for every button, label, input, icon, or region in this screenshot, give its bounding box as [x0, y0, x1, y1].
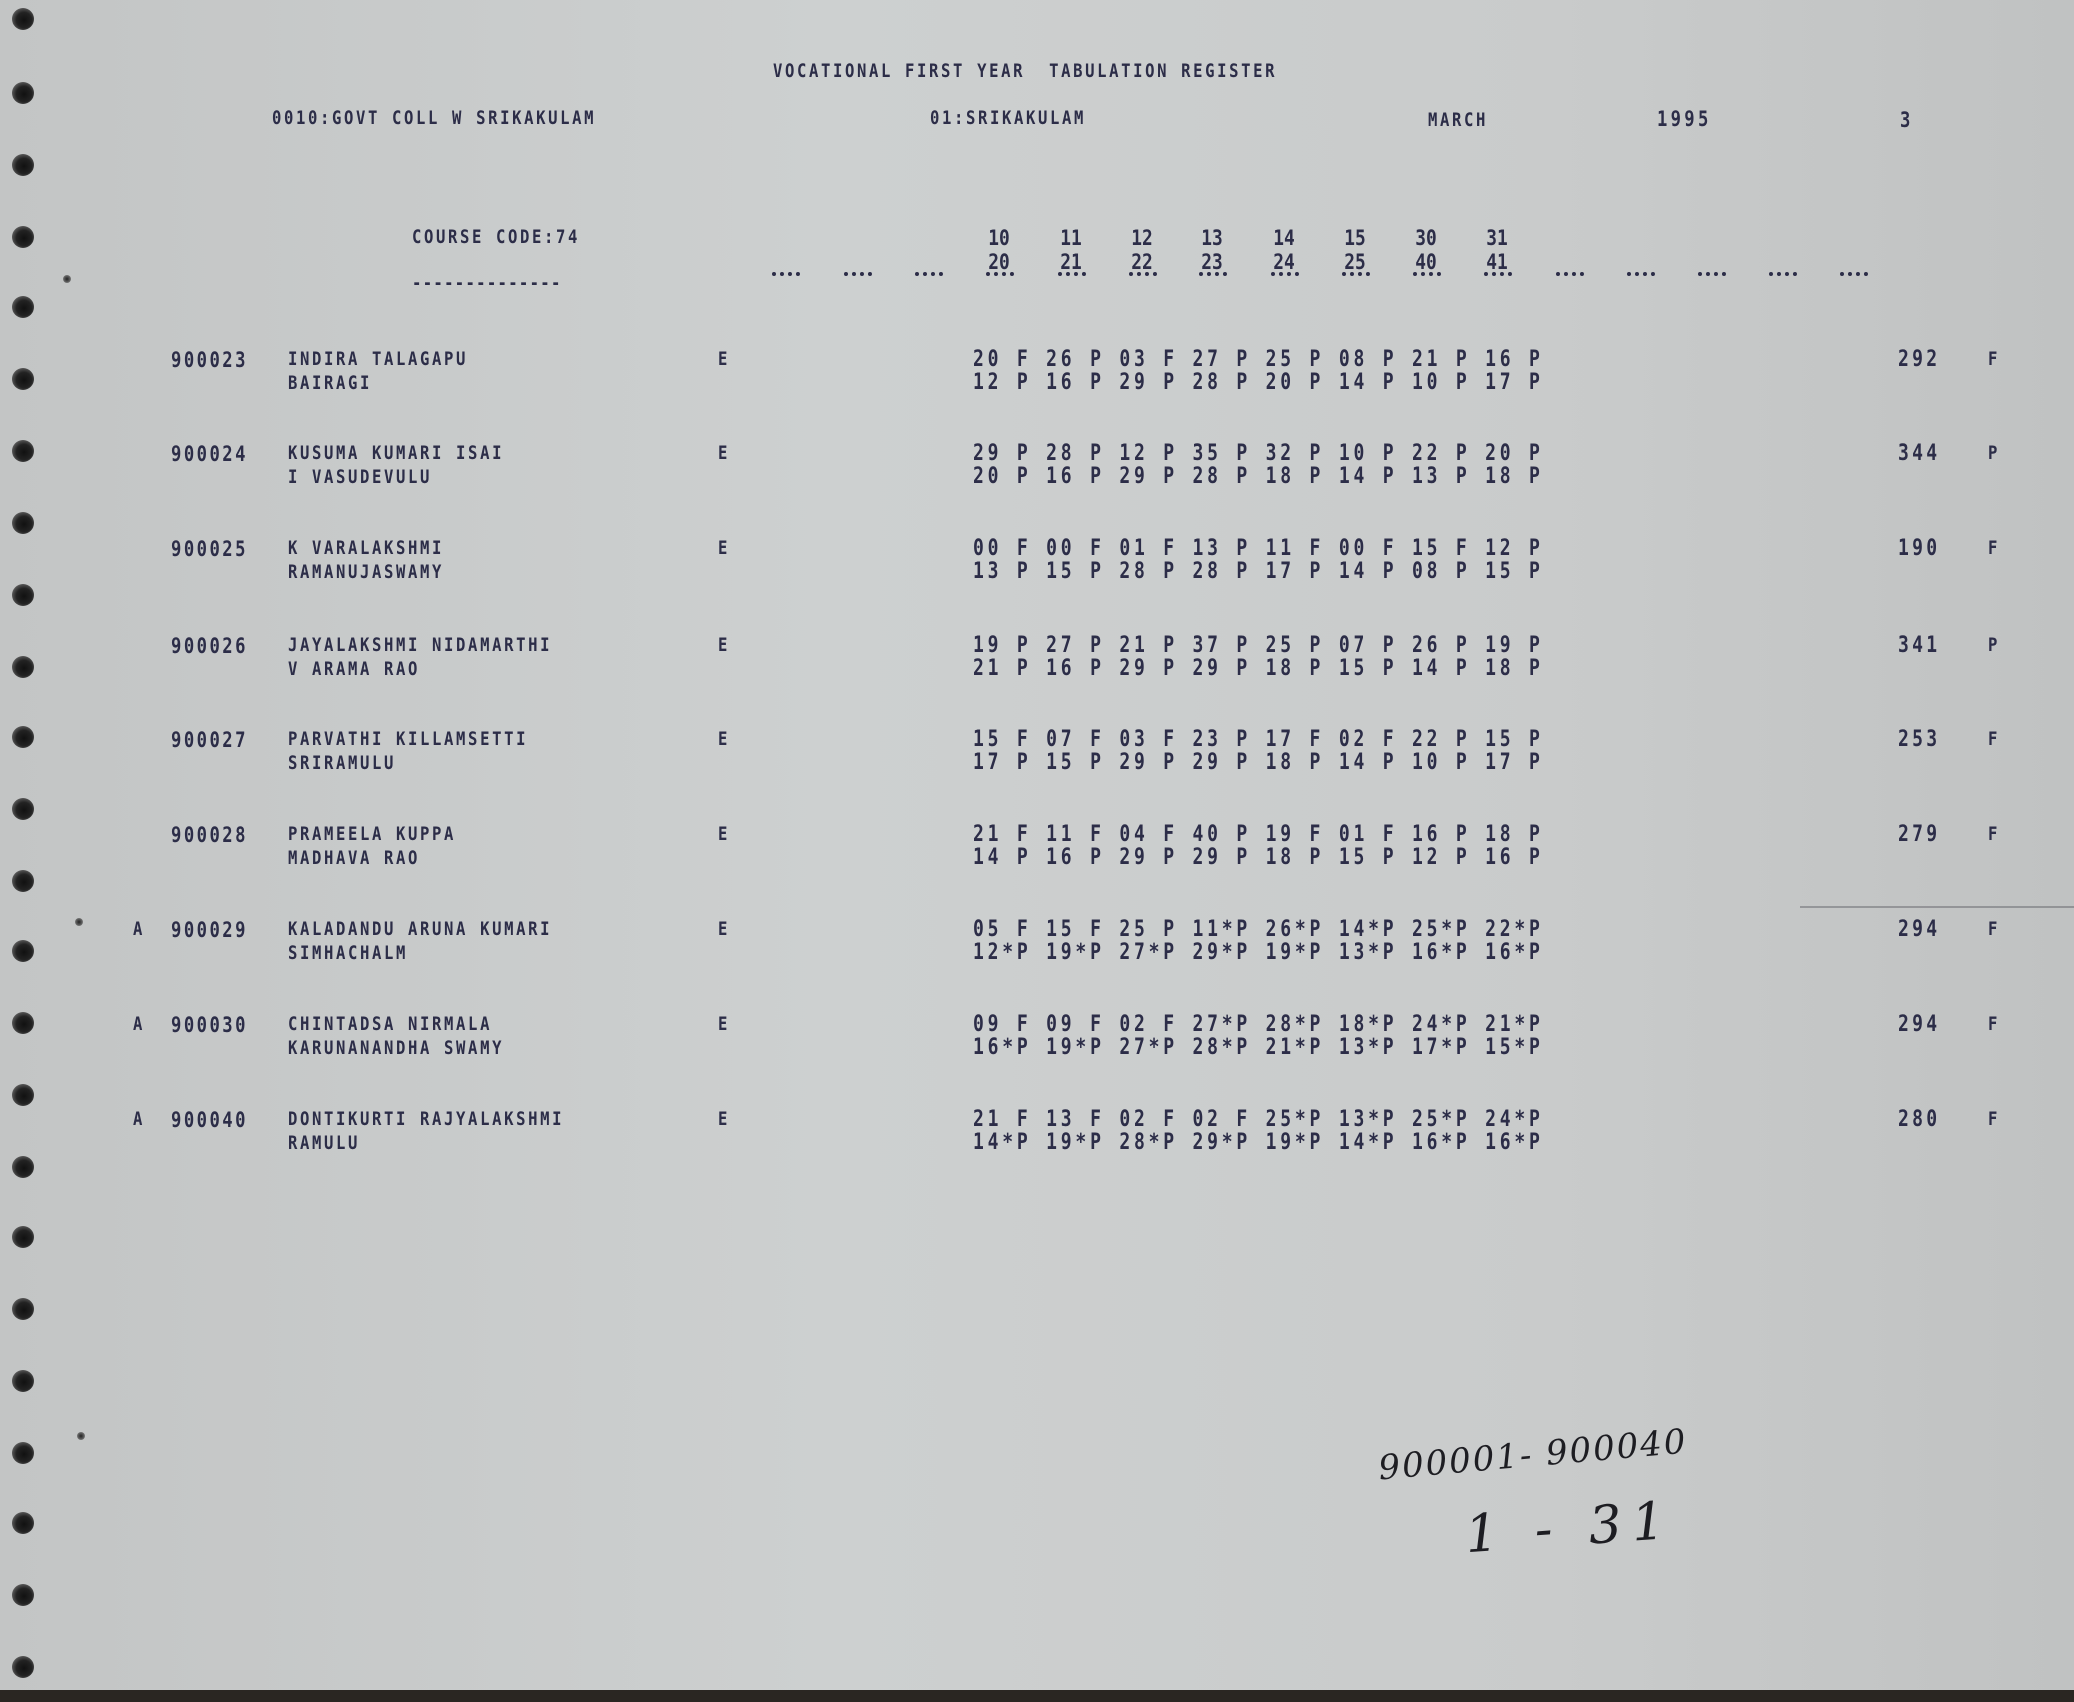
roll-number: 900030	[171, 1013, 248, 1037]
subject-code: 30	[1407, 226, 1444, 250]
result: F	[1988, 1108, 2000, 1130]
paper-speck	[63, 275, 71, 283]
punch-hole-icon	[12, 1442, 34, 1464]
exam-month: MARCH	[1428, 109, 1488, 131]
punch-hole-icon	[12, 226, 34, 248]
subject-code: 31	[1478, 226, 1515, 250]
marks-part2: 13 P 15 P 28 P 28 P 17 P 14 P 08 P 15 P	[973, 559, 1544, 584]
roll-number: 900029	[171, 918, 248, 942]
total-marks: 292	[1898, 347, 1940, 372]
marks-part2: 14 P 16 P 29 P 29 P 18 P 15 P 12 P 16 P	[973, 845, 1544, 870]
punch-hole-icon	[12, 296, 34, 318]
roll-number: 900024	[171, 442, 248, 466]
total-marks: 280	[1898, 1107, 1940, 1132]
medium: E	[718, 537, 730, 559]
marks-part1: 09 F 09 F 02 F 27*P 28*P 18*P 24*P 21*P	[973, 1012, 1544, 1037]
student-name: CHINTADSA NIRMALA	[288, 1013, 492, 1035]
medium: E	[718, 728, 730, 750]
punch-hole-icon	[12, 1584, 34, 1606]
subject-code: 12	[1123, 226, 1160, 250]
marks-part2: 14*P 19*P 28*P 29*P 19*P 14*P 16*P 16*P	[973, 1130, 1544, 1155]
subject-code: 20	[980, 250, 1017, 274]
course-code: COURSE CODE:74	[412, 226, 580, 248]
student-record: A 900029 KALADANDU ARUNA KUMARI SIMHACHA…	[0, 918, 2074, 978]
column-dash	[844, 272, 872, 280]
marks-part2: 12 P 16 P 29 P 28 P 20 P 14 P 10 P 17 P	[973, 370, 1544, 395]
punch-hole-icon	[12, 1370, 34, 1392]
column-dash	[1556, 272, 1584, 280]
handwritten-roll-range: 900001- 900040	[1377, 1422, 1689, 1489]
column-dash	[1840, 272, 1868, 280]
punch-hole-icon	[12, 1084, 34, 1106]
punch-hole-icon	[12, 82, 34, 104]
page-number: 3	[1900, 108, 1913, 132]
medium: E	[718, 634, 730, 656]
student-name: KUSUMA KUMARI ISAI	[288, 442, 504, 464]
marks-part2: 17 P 15 P 29 P 29 P 18 P 14 P 10 P 17 P	[973, 750, 1544, 775]
student-record: 900026 JAYALAKSHMI NIDAMARTHI V ARAMA RA…	[0, 634, 2074, 694]
total-marks: 344	[1898, 441, 1940, 466]
father-name: RAMANUJASWAMY	[288, 561, 444, 583]
roll-number: 900027	[171, 728, 248, 752]
column-dash	[1698, 272, 1726, 280]
subject-code: 23	[1193, 250, 1230, 274]
subject-code: 10	[980, 226, 1017, 250]
punch-hole-icon	[12, 1298, 34, 1320]
subject-code: 21	[1052, 250, 1089, 274]
punch-hole-icon	[12, 1656, 34, 1678]
marks-part1: 15 F 07 F 03 F 23 P 17 F 02 F 22 P 15 P	[973, 727, 1544, 752]
column-dash	[1484, 272, 1512, 280]
subject-code: 22	[1123, 250, 1160, 274]
student-record: 900023 INDIRA TALAGAPU BAIRAGI E 20 F 26…	[0, 348, 2074, 408]
marks-part1: 21 F 11 F 04 F 40 P 19 F 01 F 16 P 18 P	[973, 822, 1544, 847]
roll-number: 900040	[171, 1108, 248, 1132]
student-name: INDIRA TALAGAPU	[288, 348, 468, 370]
student-flag: A	[133, 1108, 145, 1130]
column-dash	[1413, 272, 1441, 280]
total-marks: 294	[1898, 917, 1940, 942]
result: F	[1988, 918, 2000, 940]
student-record: 900028 PRAMEELA KUPPA MADHAVA RAO E 21 F…	[0, 823, 2074, 883]
column-dash	[1342, 272, 1370, 280]
column-dash	[1129, 272, 1157, 280]
result: P	[1988, 634, 2000, 656]
column-dash	[1058, 272, 1086, 280]
student-record: 900025 K VARALAKSHMI RAMANUJASWAMY E 00 …	[0, 537, 2074, 597]
marks-part1: 05 F 15 F 25 P 11*P 26*P 14*P 25*P 22*P	[973, 917, 1544, 942]
marks-part2: 16*P 19*P 27*P 28*P 21*P 13*P 17*P 15*P	[973, 1035, 1544, 1060]
medium: E	[718, 442, 730, 464]
column-dash	[915, 272, 943, 280]
father-name: V ARAMA RAO	[288, 658, 420, 680]
scan-background-edge	[0, 1690, 2074, 1702]
total-marks: 294	[1898, 1012, 1940, 1037]
marks-part1: 20 F 26 P 03 F 27 P 25 P 08 P 21 P 16 P	[973, 347, 1544, 372]
paper-speck	[77, 1432, 85, 1440]
father-name: SIMHACHALM	[288, 942, 408, 964]
father-name: KARUNANANDHA SWAMY	[288, 1037, 504, 1059]
subject-code: 40	[1407, 250, 1444, 274]
column-dash	[1627, 272, 1655, 280]
result: F	[1988, 537, 2000, 559]
report-title: VOCATIONAL FIRST YEAR TABULATION REGISTE…	[773, 60, 1277, 82]
student-record: 900024 KUSUMA KUMARI ISAI I VASUDEVULU E…	[0, 442, 2074, 502]
roll-number: 900026	[171, 634, 248, 658]
punch-hole-icon	[12, 1512, 34, 1534]
subject-code: 25	[1336, 250, 1373, 274]
marks-part1: 29 P 28 P 12 P 35 P 32 P 10 P 22 P 20 P	[973, 441, 1544, 466]
student-name: JAYALAKSHMI NIDAMARTHI	[288, 634, 552, 656]
exam-year: 1995	[1657, 107, 1712, 131]
result: P	[1988, 442, 2000, 464]
medium: E	[718, 1013, 730, 1035]
marks-part2: 20 P 16 P 29 P 28 P 18 P 14 P 13 P 18 P	[973, 464, 1544, 489]
column-dash	[986, 272, 1014, 280]
column-dash	[1271, 272, 1299, 280]
handwritten-page-range: 1 - 31	[1463, 1491, 1677, 1565]
roll-number: 900028	[171, 823, 248, 847]
total-marks: 190	[1898, 536, 1940, 561]
subject-code: 15	[1336, 226, 1373, 250]
father-name: SRIRAMULU	[288, 752, 396, 774]
father-name: BAIRAGI	[288, 372, 372, 394]
student-flag: A	[133, 1013, 145, 1035]
father-name: RAMULU	[288, 1132, 360, 1154]
student-name: PARVATHI KILLAMSETTI	[288, 728, 528, 750]
medium: E	[718, 1108, 730, 1130]
total-marks: 279	[1898, 822, 1940, 847]
punch-hole-icon	[12, 512, 34, 534]
marks-part2: 21 P 16 P 29 P 29 P 18 P 15 P 14 P 18 P	[973, 656, 1544, 681]
student-name: K VARALAKSHMI	[288, 537, 444, 559]
subject-code: 11	[1052, 226, 1089, 250]
student-record: A 900040 DONTIKURTI RAJYALAKSHMI RAMULU …	[0, 1108, 2074, 1168]
subject-code: 13	[1193, 226, 1230, 250]
student-name: PRAMEELA KUPPA	[288, 823, 456, 845]
faint-rule-line	[1800, 906, 2074, 908]
column-dash	[772, 272, 800, 280]
district-name: 01:SRIKAKULAM	[930, 107, 1086, 129]
marks-part1: 00 F 00 F 01 F 13 P 11 F 00 F 15 F 12 P	[973, 536, 1544, 561]
student-name: DONTIKURTI RAJYALAKSHMI	[288, 1108, 564, 1130]
medium: E	[718, 823, 730, 845]
subject-code: 14	[1265, 226, 1302, 250]
result: F	[1988, 348, 2000, 370]
student-record: 900027 PARVATHI KILLAMSETTI SRIRAMULU E …	[0, 728, 2074, 788]
total-marks: 253	[1898, 727, 1940, 752]
course-code-underline: --------------	[412, 272, 562, 294]
result: F	[1988, 728, 2000, 750]
tabulation-register-page: VOCATIONAL FIRST YEAR TABULATION REGISTE…	[0, 0, 2074, 1690]
marks-part1: 21 F 13 F 02 F 02 F 25*P 13*P 25*P 24*P	[973, 1107, 1544, 1132]
total-marks: 341	[1898, 633, 1940, 658]
father-name: MADHAVA RAO	[288, 847, 420, 869]
result: F	[1988, 823, 2000, 845]
punch-hole-icon	[12, 1226, 34, 1248]
result: F	[1988, 1013, 2000, 1035]
column-dash	[1199, 272, 1227, 280]
medium: E	[718, 918, 730, 940]
marks-part2: 12*P 19*P 27*P 29*P 19*P 13*P 16*P 16*P	[973, 940, 1544, 965]
subject-code: 41	[1478, 250, 1515, 274]
student-record: A 900030 CHINTADSA NIRMALA KARUNANANDHA …	[0, 1013, 2074, 1073]
subject-code: 24	[1265, 250, 1302, 274]
college-name: 0010:GOVT COLL W SRIKAKULAM	[272, 107, 596, 129]
medium: E	[718, 348, 730, 370]
punch-hole-icon	[12, 154, 34, 176]
roll-number: 900023	[171, 348, 248, 372]
father-name: I VASUDEVULU	[288, 466, 432, 488]
column-dash	[1769, 272, 1797, 280]
punch-hole-icon	[12, 798, 34, 820]
marks-part1: 19 P 27 P 21 P 37 P 25 P 07 P 26 P 19 P	[973, 633, 1544, 658]
punch-hole-icon	[12, 8, 34, 30]
student-flag: A	[133, 918, 145, 940]
student-name: KALADANDU ARUNA KUMARI	[288, 918, 552, 940]
roll-number: 900025	[171, 537, 248, 561]
